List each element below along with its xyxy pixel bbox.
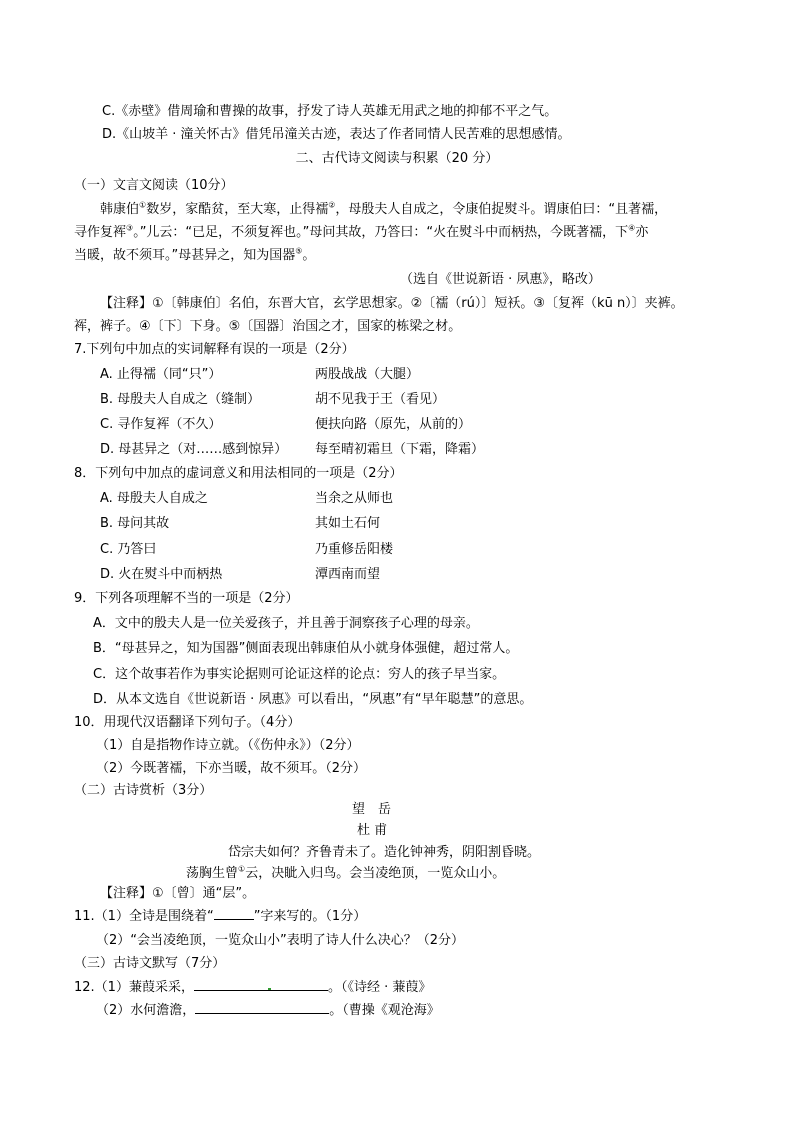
q7-option-d-right: 每至晴初霜旦（下霜，降霜） bbox=[315, 441, 484, 459]
q9-option-c: C．这个故事若作为事实论据则可论证这样的论点：穷人的孩子早当家。 bbox=[93, 666, 505, 684]
q12-text: 。（曹操《观沧海》 bbox=[329, 1003, 440, 1018]
passage-source: （选自《世说新语 · 夙惠》，略改） bbox=[400, 271, 601, 289]
poem-line-1: 岱宗夫如何？齐鲁青未了。造化钟神秀，阴阳割昏晓。 bbox=[228, 844, 540, 862]
passage-text: 当暖，故不须耳。”母甚异之，知为国器 bbox=[74, 248, 295, 263]
poem-author: 杜 甫 bbox=[357, 822, 387, 840]
answer-blank[interactable] bbox=[195, 1001, 329, 1014]
q11-item-2: （2）“会当凌绝顶，一览众山小”表明了诗人什么决心？（2分） bbox=[96, 932, 464, 950]
q12-item-2: （2）水何澹澹，。（曹操《观沧海》 bbox=[96, 1001, 440, 1020]
part3-heading: （三）古诗文默写（7分） bbox=[74, 955, 225, 973]
q12-text: 12.（1）蒹葭采采， bbox=[74, 980, 194, 995]
q10-item-2: （2）今既著襦，下亦当暖，故不须耳。（2分） bbox=[96, 760, 366, 778]
q8-option-b-left: B. 母问其故 bbox=[100, 515, 169, 533]
q7-option-a-left: A. 止得襦（同“只”） bbox=[100, 366, 221, 384]
q8-stem: 8．下列句中加点的虚词意义和用法相同的一项是（2分） bbox=[74, 465, 403, 483]
q12-text: 。（《诗经 · 蒹葭》 bbox=[328, 980, 431, 995]
q8-option-b-right: 其如土石何 bbox=[315, 515, 380, 533]
q8-option-d-left: D. 火在熨斗中而柄热 bbox=[100, 566, 222, 584]
passage-text: 寻作复裈 bbox=[74, 225, 126, 240]
passage-text: ，母殷夫人自成之，令康伯捉熨斗。谓康伯曰：“且著襦， bbox=[335, 202, 667, 217]
q11-item-1: 11.（1）全诗是围绕着“”字来写的。（1分） bbox=[74, 907, 366, 926]
passage-line-2: 寻作复裈③。”儿云：“已足，不须复裈也。”母问其故，乃答曰：“火在熨斗中而柄热，… bbox=[74, 224, 648, 242]
passage-text: 数岁，家酷贫，至大寒，止得襦 bbox=[146, 202, 328, 217]
option-d-shanpoyang: D.《山坡羊 · 潼关怀古》借凭吊潼关古迹，表达了作者同情人民苦难的思想感情。 bbox=[102, 126, 571, 144]
q7-option-b-left: B. 母殷夫人自成之（缝制） bbox=[100, 391, 260, 409]
passage-text: 。”儿云：“已足，不须复裈也。”母问其故，乃答曰：“火在熨斗中而柄热，今既著襦，… bbox=[133, 225, 628, 240]
poem-line-2: 荡胸生曾①云，决眦入归鸟。会当凌绝顶，一览众山小。 bbox=[186, 865, 505, 883]
q11-text: 11.（1）全诗是围绕着“ bbox=[74, 909, 214, 924]
q9-option-a: A．文中的殷夫人是一位关爱孩子，并且善于洞察孩子心理的母亲。 bbox=[93, 615, 479, 633]
section-title: 二、古代诗文阅读与积累（20 分） bbox=[0, 150, 794, 168]
q9-option-b: B．“母甚异之，知为国器”侧面表现出韩康伯从小就身体强健，超过常人。 bbox=[93, 640, 518, 658]
passage-text: 亦 bbox=[635, 225, 648, 240]
notes-line-2: 裈，裤子。④〔下〕下身。⑤〔国器〕治国之才，国家的栋梁之材。 bbox=[74, 318, 461, 336]
q7-option-d-left: D. 母甚异之（对……感到惊异） bbox=[100, 441, 287, 459]
passage-text: 。 bbox=[302, 248, 315, 263]
q8-option-a-right: 当余之从师也 bbox=[315, 490, 393, 508]
q8-option-a-left: A. 母殷夫人自成之 bbox=[100, 490, 208, 508]
q10-stem: 10．用现代汉语翻译下列句子。（4分） bbox=[74, 714, 300, 732]
q7-stem: 7.下列句中加点的实词解释有误的一项是（2分） bbox=[74, 341, 355, 359]
answer-blank[interactable] bbox=[194, 978, 328, 991]
part1-heading: （一）文言文阅读（10分） bbox=[74, 177, 234, 195]
q7-option-c-right: 便扶向路（原先，从前的） bbox=[315, 416, 471, 434]
poem-text: 荡胸生曾 bbox=[186, 866, 238, 881]
q7-option-b-right: 胡不见我于王（看见） bbox=[315, 391, 445, 409]
q8-option-d-right: 潭西南而望 bbox=[315, 566, 380, 584]
passage-text: 韩康伯 bbox=[100, 202, 139, 217]
notes-line-1: 【注释】①〔韩康伯〕名伯，东晋大官，玄学思想家。②〔襦（rú）〕短袄。③〔复裈（… bbox=[100, 295, 684, 313]
poem-text: 云，决眦入归鸟。会当凌绝顶，一览众山小。 bbox=[245, 866, 505, 881]
part2-heading: （二）古诗赏析（3分） bbox=[74, 782, 212, 800]
poem-note: 【注释】①〔曾〕通“层”。 bbox=[100, 885, 255, 903]
poem-title: 望 岳 bbox=[352, 801, 391, 819]
q12-text: （2）水何澹澹， bbox=[96, 1003, 195, 1018]
option-c-chibi: C.《赤壁》借周瑜和曹操的故事，抒发了诗人英雄无用武之地的抑郁不平之气。 bbox=[102, 103, 557, 121]
passage-line-3: 当暖，故不须耳。”母甚异之，知为国器⑤。 bbox=[74, 247, 315, 265]
q9-stem: 9．下列各项理解不当的一项是（2分） bbox=[74, 590, 299, 608]
q10-item-1: （1）自是指物作诗立就。（《伤仲永》）（2分） bbox=[96, 737, 360, 755]
green-mark bbox=[268, 988, 271, 990]
q7-option-c-left: C. 寻作复裈（不久） bbox=[100, 416, 221, 434]
q9-option-d: D．从本文选自《世说新语 · 夙惠》可以看出，“夙惠”有“早年聪慧”的意思。 bbox=[93, 691, 532, 709]
q11-text: ”字来写的。（1分） bbox=[254, 909, 367, 924]
q12-item-1: 12.（1）蒹葭采采，。（《诗经 · 蒹葭》 bbox=[74, 978, 431, 997]
answer-blank[interactable] bbox=[214, 907, 254, 920]
q8-option-c-left: C. 乃答曰 bbox=[100, 541, 156, 559]
passage-line-1: 韩康伯①数岁，家酷贫，至大寒，止得襦②，母殷夫人自成之，令康伯捉熨斗。谓康伯曰：… bbox=[100, 201, 667, 219]
q7-option-a-right: 两股战战（大腿） bbox=[315, 366, 419, 384]
q8-option-c-right: 乃重修岳阳楼 bbox=[315, 541, 393, 559]
